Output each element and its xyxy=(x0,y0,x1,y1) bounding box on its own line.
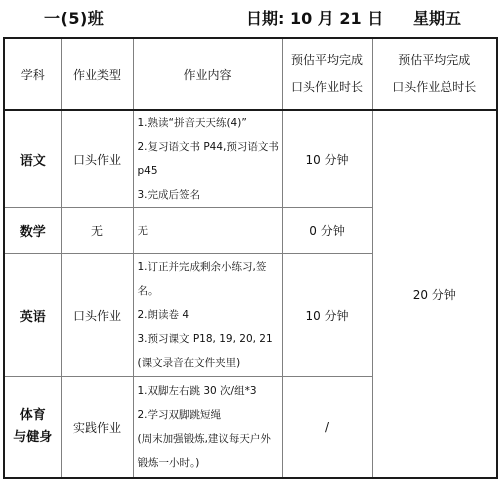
subject-line2: 与健身 xyxy=(5,427,61,449)
column-header-duration-line2: 口头作业时长 xyxy=(283,74,372,101)
content-item: 1.双脚左右跳 30 次/组*3 xyxy=(138,379,280,403)
column-header-total-line1: 预估平均完成 xyxy=(373,47,497,74)
homework-table: 学科 作业类型 作业内容 预估平均完成 口头作业时长 预估平均完成 口头作业总时… xyxy=(3,37,498,479)
type-cell: 口头作业 xyxy=(61,110,133,208)
table-header-row: 学科 作业类型 作业内容 预估平均完成 口头作业时长 预估平均完成 口头作业总时… xyxy=(4,38,497,110)
column-header-total-line2: 口头作业总时长 xyxy=(373,74,497,101)
class-name: 一(5)班 xyxy=(44,6,104,29)
subject-cell: 语文 xyxy=(4,110,61,208)
content-cell: 1.熟读“拼音天天练(4)” 2.复习语文书 P44,预习语文书 p45 3.完… xyxy=(133,110,282,208)
column-header-duration-line1: 预估平均完成 xyxy=(283,47,372,74)
content-item: 3.完成后签名 xyxy=(138,183,280,207)
content-item: 1.订正并完成剩余小练习,签名。 xyxy=(138,255,280,303)
type-cell: 实践作业 xyxy=(61,377,133,479)
duration-cell: / xyxy=(282,377,372,479)
column-header-subject: 学科 xyxy=(4,38,61,110)
content-item: 2.学习双脚跳短绳 xyxy=(138,403,280,427)
subject-cell: 体育 与健身 xyxy=(4,377,61,479)
column-header-total-duration: 预估平均完成 口头作业总时长 xyxy=(372,38,497,110)
column-header-content: 作业内容 xyxy=(133,38,282,110)
content-item: 3.预习课文 P18, 19, 20, 21 xyxy=(138,327,280,351)
duration-cell: 0 分钟 xyxy=(282,208,372,254)
column-header-type: 作业类型 xyxy=(61,38,133,110)
subject-cell: 英语 xyxy=(4,254,61,377)
duration-cell: 10 分钟 xyxy=(282,254,372,377)
weekday: 星期五 xyxy=(413,6,461,29)
duration-cell: 10 分钟 xyxy=(282,110,372,208)
content-item: 1.熟读“拼音天天练(4)” xyxy=(138,111,280,135)
content-cell: 无 xyxy=(133,208,282,254)
table-row-chinese: 语文 口头作业 1.熟读“拼音天天练(4)” 2.复习语文书 P44,预习语文书… xyxy=(4,110,497,208)
subject-cell: 数学 xyxy=(4,208,61,254)
column-header-duration: 预估平均完成 口头作业时长 xyxy=(282,38,372,110)
content-item: 2.朗读卷 4 xyxy=(138,303,280,327)
subject-line1: 体育 xyxy=(5,405,61,427)
type-cell: 口头作业 xyxy=(61,254,133,377)
type-cell: 无 xyxy=(61,208,133,254)
content-item: (课文录音在文件夹里) xyxy=(138,351,280,375)
content-cell: 1.双脚左右跳 30 次/组*3 2.学习双脚跳短绳 (周末加强锻炼,建议每天户… xyxy=(133,377,282,479)
content-item: (周末加强锻炼,建议每天户外锻炼一小时。) xyxy=(138,427,280,475)
content-item: 无 xyxy=(138,219,280,243)
total-duration-cell: 20 分钟 xyxy=(372,110,497,478)
content-cell: 1.订正并完成剩余小练习,签名。 2.朗读卷 4 3.预习课文 P18, 19,… xyxy=(133,254,282,377)
content-item: 2.复习语文书 P44,预习语文书 p45 xyxy=(138,135,280,183)
date-label: 日期: 10 月 21 日 xyxy=(246,6,383,29)
